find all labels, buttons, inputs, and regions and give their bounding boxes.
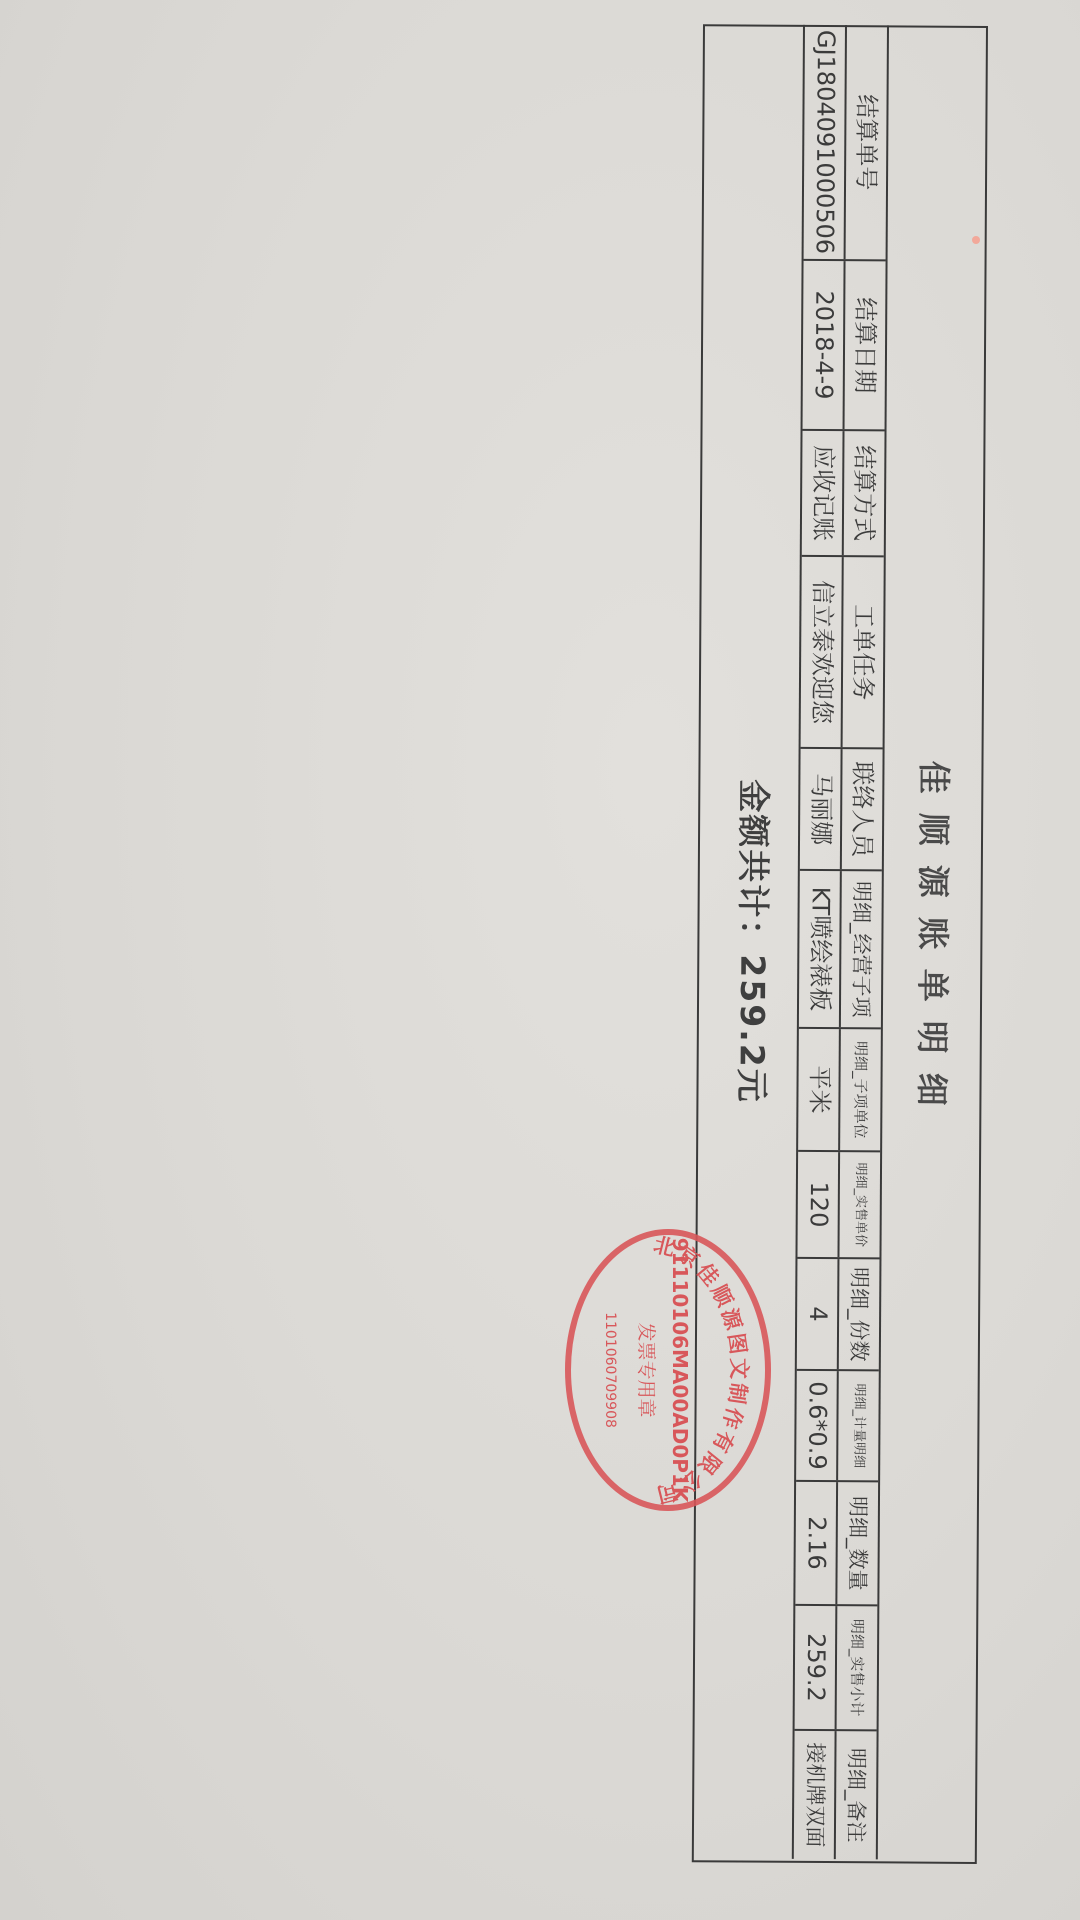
table-column: 明细_实售小计259.2 [795, 1604, 878, 1729]
column-header: 明细_备注 [834, 1731, 877, 1859]
table-cell: 马丽娜 [801, 749, 842, 869]
column-header: 明细_实售单价 [837, 1152, 880, 1257]
table-cell: 0.6*0.9 [797, 1371, 838, 1480]
column-header: 结算单号 [844, 25, 887, 259]
table-cell: 2.16 [796, 1482, 837, 1604]
column-header: 明细_数量 [835, 1482, 878, 1604]
table-column: 明细_份数4 [797, 1257, 880, 1369]
stamp-tax-id: 91110106MA00AD0P1K [668, 1238, 692, 1504]
table-column: 明细_实售单价120 [797, 1150, 880, 1257]
column-header: 明细_实售小计 [835, 1606, 878, 1729]
table-cell: 2018-4-9 [804, 261, 845, 429]
table-column: 明细_计量明细0.6*0.9 [796, 1369, 879, 1480]
table-column: 明细_经营子项KT喷绘裱板 [799, 869, 882, 1027]
table-column: 联络人员马丽娜 [800, 747, 883, 869]
table-column: 结算日期2018-4-9 [803, 259, 886, 429]
stamp-seal-icon: 北京佳顺源图文制作有限公司91110106MA00AD0P1K发票专用章1101… [563, 1228, 773, 1513]
table-column: 工单任务信立泰欢迎您 [801, 555, 884, 747]
table-cell: GJ1804091000506 [805, 25, 846, 259]
table-cell: 应收记账 [803, 431, 844, 555]
table-column: 明细_数量2.16 [795, 1480, 878, 1604]
column-header: 明细_子项单位 [838, 1029, 881, 1150]
table-column: 明细_子项单位平米 [798, 1027, 881, 1150]
bill-document: 佳顺源账单明细 结算单号GJ1804091000506结算日期2018-4-9结… [694, 24, 988, 1862]
column-header: 联络人员 [840, 749, 883, 869]
column-header: 明细_计量明细 [836, 1371, 879, 1480]
table-cell: 信立泰欢迎您 [802, 557, 843, 747]
table-cell: 259.2 [796, 1606, 837, 1729]
bill-table: 结算单号GJ1804091000506结算日期2018-4-9结算方式应收记账工… [792, 25, 889, 1859]
stamp-serial: 1101060709908 [602, 1312, 618, 1428]
stamp-label: 发票专用章 [635, 1322, 657, 1417]
invoice-stamp: 北京佳顺源图文制作有限公司91110106MA00AD0P1K发票专用章1101… [563, 1228, 773, 1513]
table-column: 结算单号GJ1804091000506 [804, 25, 887, 259]
column-header: 结算方式 [842, 431, 885, 555]
table-cell: KT喷绘裱板 [800, 871, 841, 1027]
table-column: 结算方式应收记账 [802, 429, 885, 555]
table-cell: 4 [798, 1259, 839, 1369]
column-header: 结算日期 [843, 261, 886, 429]
column-header: 明细_份数 [837, 1259, 880, 1369]
table-column: 明细_备注接机牌双面 [794, 1729, 877, 1859]
table-cell: 接机牌双面 [795, 1731, 836, 1859]
column-header: 工单任务 [841, 557, 884, 747]
table-cell: 120 [798, 1152, 839, 1257]
table-cell: 平米 [799, 1029, 840, 1150]
column-header: 明细_经营子项 [839, 871, 882, 1027]
